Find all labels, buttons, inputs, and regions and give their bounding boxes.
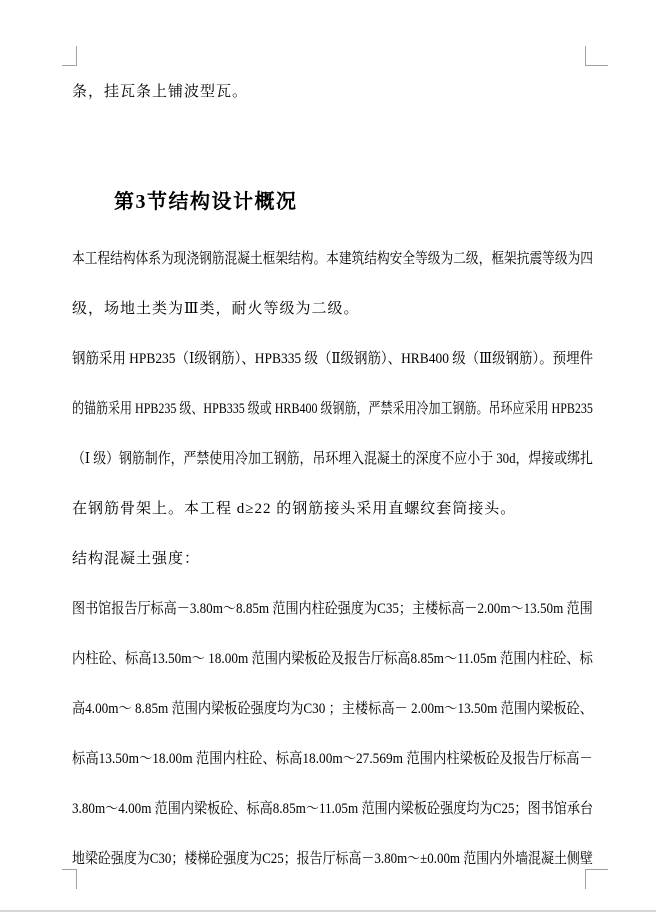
- text-line: 图书馆报告厅标高－3.80m～8.85m 范围内柱砼强度为C35；主楼标高－2.…: [72, 599, 527, 623]
- text-line: 3.80m～4.00m 范围内梁板砼、标高8.85m～11.05m 范围内梁板砼…: [72, 799, 527, 823]
- crop-mark-top-right: [585, 46, 608, 66]
- text-line: 地梁砼强度为C30；楼梯砼强度为C25；报告厅标高－3.80m～±0.00m 范…: [72, 849, 522, 873]
- text-line: 结构混凝土强度：: [72, 549, 593, 573]
- text-line: 标高13.50m～18.00m 范围内柱砼、标高18.00m～27.569m 范…: [72, 749, 534, 773]
- text-line: 本工程结构体系为现浇钢筋混凝土框架结构。本建筑结构安全等级为二级，框架抗震等级为…: [72, 249, 513, 273]
- text-line: 内柱砼、标高13.50m～ 18.00m 范围内梁板砼及报告厅标高8.85m～1…: [72, 649, 532, 673]
- text-line: 钢筋采用 HPB235（Ⅰ级钢筋）、HPB335 级（Ⅱ级钢筋）、HRB400 …: [72, 349, 539, 373]
- text-line: 条，挂瓦条上铺波型瓦。: [72, 82, 593, 106]
- crop-mark-top-left: [62, 46, 77, 66]
- text-line: （Ⅰ 级）钢筋制作，严禁使用冷加工钢筋，吊环埋入混凝土的深度不应小于 30d，焊…: [72, 449, 520, 473]
- page-bottom-edge: [0, 910, 656, 912]
- text-line: 的锚筋采用 HPB235 级、HPB335 级或 HRB400 级钢筋，严禁采用…: [72, 399, 489, 423]
- document-page: 条，挂瓦条上铺波型瓦。 第3节结构设计概况 本工程结构体系为现浇钢筋混凝土框架结…: [0, 0, 656, 914]
- text-line: 高4.00m～ 8.85m 范围内梁板砼强度均为C30 ；主楼标高－ 2.00m…: [72, 699, 530, 723]
- text-line: 级，场地土类为Ⅲ类，耐火等级为二级。: [72, 299, 593, 323]
- crop-mark-bottom-right: [585, 869, 608, 889]
- text-line: 在钢筋骨架上。本工程 d≥22 的钢筋接头采用直螺纹套筒接头。: [72, 499, 593, 523]
- section-heading: 第3节结构设计概况: [114, 185, 298, 214]
